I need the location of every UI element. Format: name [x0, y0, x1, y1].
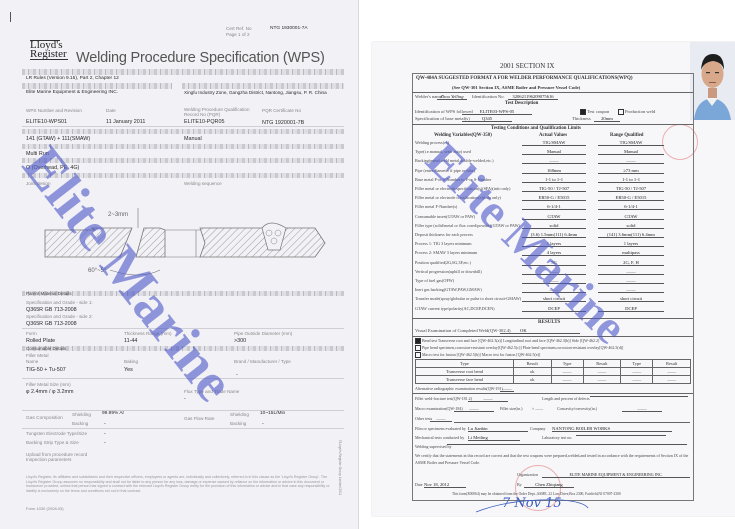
lab-test-label: Laboratory test no. — [542, 435, 572, 440]
rules-value: LR Rules (Version 9.15), Part 2, Chapter… — [26, 76, 119, 81]
certification-statement: We certify that the statements in this r… — [415, 452, 689, 466]
consumable-heading: Consumable Details — [26, 346, 66, 351]
wps-value: ELITE03-WPS-05 — [462, 109, 532, 115]
form-number: Form 1030 (2008.03) — [26, 506, 64, 511]
filler-size-value: φ 2.4mm / φ 3.2mm — [26, 389, 73, 395]
wps-number-value: ELITE10-WPS01 — [26, 119, 67, 125]
filler-size-label: Filler Metal Size (mm) — [26, 382, 71, 387]
variable-label: Vertical progression(uphill or downhill) — [415, 269, 482, 274]
pipe-diameter-label: Pipe Outside Diameter (mm) — [234, 331, 292, 336]
actual-value: 1-1 to 1-1 — [522, 177, 586, 183]
cert-ref-value: NTG 1930001-7A — [270, 26, 308, 31]
tungsten-value: - — [104, 431, 106, 437]
table-cell: —— — [583, 376, 621, 384]
backing-type-label: Backing Strip Type & Size — [26, 440, 79, 445]
col-actual: Actual Values — [539, 133, 567, 138]
range-qualified-value: —— — [598, 269, 664, 275]
test-description-heading: Test Description — [505, 101, 538, 106]
table-cell: ok — [513, 376, 551, 384]
wps-number-label: WPS Number and Revision — [26, 108, 82, 113]
document-title: Welding Procedure Specification (WPS) — [76, 50, 325, 66]
variable-label: Type of fuel gas(OFW) — [415, 278, 454, 283]
section-band — [22, 83, 172, 89]
date-value: 11 January 2011 — [106, 119, 145, 125]
range-qualified-value: —— — [598, 278, 664, 284]
other-tests-value: —— — [430, 416, 452, 422]
divider — [412, 124, 693, 125]
film-evaluated-label: Film or specimens evaluated by — [415, 426, 466, 431]
backing-type-value: - — [104, 440, 106, 446]
range-qualified-value: 2G, F, H — [598, 260, 664, 266]
thickness-label: Thickness — [572, 116, 591, 121]
wpq-document: 2001 SECTION IX QW-484A SUGGESTED FORMAT… — [372, 42, 735, 516]
fillet-size-label: Fillet size(in.) — [500, 406, 522, 411]
welder-photo — [690, 42, 735, 120]
conditions-heading: Testing Conditions and Qualification Lim… — [491, 126, 581, 131]
pqr-value: ELITE10-PQR05 — [184, 119, 224, 125]
lloyds-register-logo: Lloyd's Register — [30, 40, 68, 60]
macro-exam-value: —— — [454, 406, 494, 412]
range-qualified-value: TIG-50 / TJ-507 — [598, 186, 664, 192]
pqr-label: Welding Procedure Qualification Record N… — [184, 107, 254, 117]
bend-results-table: TypeResultTypeResultTypeResultTransverse… — [415, 359, 691, 384]
flow-backing-value: - — [262, 421, 264, 427]
name-value: TIG-50 + Tu-507 — [26, 367, 66, 373]
notes-line-2: Inspection parameters — [26, 457, 71, 462]
fillet-size-value: × —— — [532, 406, 543, 411]
range-qualified-value: ≥73 mm — [598, 168, 664, 174]
scan-mark — [10, 12, 11, 22]
production-weld-checkbox[interactable]: Production weld — [618, 109, 655, 115]
form-subtitle: (See QW-301 Section IX, ASME Boiler and … — [452, 85, 580, 90]
table-row: Transverse root bendok———————— — [416, 368, 691, 376]
col-range: Range Qualified — [610, 133, 643, 138]
table-header-row: TypeResultTypeResultTypeResult — [416, 360, 691, 368]
divider — [412, 92, 693, 93]
table-cell: —— — [551, 376, 583, 384]
backing-gas-value: - — [104, 421, 106, 427]
column-header: Result — [583, 360, 621, 368]
actual-value: —— — [522, 158, 586, 164]
manufacturer-value: Elite Marine Equipment & Engineering INC… — [26, 90, 118, 95]
visual-exam-value: OK — [500, 328, 580, 334]
film-evaluated-value: Lu Jianbin — [468, 426, 528, 432]
by-label: By — [517, 482, 522, 487]
range-qualified-value: TIG/SMAW — [598, 140, 664, 146]
table-cell: —— — [653, 376, 691, 384]
range-qualified-value: solid — [598, 223, 664, 229]
backing-gas-label: Backing — [72, 421, 88, 426]
id-label: Identification No. — [472, 94, 505, 99]
range-qualified-value: multipass — [598, 250, 664, 256]
visual-exam-label: Visual Examination of Completed Weld(QW-… — [415, 328, 511, 333]
actual-value: 168mm — [522, 168, 586, 174]
gas-flow-label: Gas Flow Rate — [184, 416, 214, 421]
mech-tests-label: Mechanical tests conducted by — [415, 435, 464, 440]
divider — [454, 422, 690, 423]
baking-value: Yes — [124, 367, 133, 373]
column-header: Result — [513, 360, 551, 368]
defect-length-label: Length and percent of defects — [542, 396, 590, 401]
lab-test-value — [576, 435, 666, 436]
spec2-value: Q365R GB 713-2008 — [26, 321, 77, 327]
date-value: Nov 18, 2012 — [424, 482, 466, 488]
gas-composition-label: Gas Composition — [26, 416, 63, 421]
divider — [22, 126, 344, 127]
variable-label: Process 2: SMAW 3 layers minimum — [415, 250, 477, 255]
welding-sequence-label: Welding sequence — [184, 181, 222, 186]
bend-test-line-1: Bend test Transverse root and face [QW-4… — [415, 338, 599, 344]
mech-tests-value: Li Meiling — [468, 435, 520, 441]
disclaimer-text: Lloyd's Register, its affiliates and sub… — [26, 475, 338, 493]
table-cell: —— — [653, 368, 691, 376]
fillet-fracture-value: —— — [468, 396, 508, 402]
section-band — [22, 69, 344, 75]
section-heading: 2001 SECTION IX — [500, 62, 554, 70]
table-cell: Transverse face bend — [416, 376, 514, 384]
fillet-fracture-label: Fillet weld-fracture test(QW-181.2) — [415, 396, 472, 401]
divider — [412, 336, 693, 337]
thickness-value: 11-44 — [124, 338, 137, 344]
table-cell: ok — [513, 368, 551, 376]
range-qualified-value: 1-1 to 1-1 — [598, 177, 664, 183]
concavity-value: —— — [622, 406, 662, 412]
form-label: Form — [26, 331, 37, 336]
column-header: Type — [621, 360, 653, 368]
range-qualified-value: GTAW — [598, 214, 664, 220]
name-label: Name — [26, 359, 38, 364]
spec1-value: Q365R GB 713-2008 — [26, 307, 77, 313]
divider — [412, 318, 693, 319]
section-band — [22, 129, 344, 134]
variable-label: Position qualified(2G,6G,3F,etc.) — [415, 260, 471, 265]
base-metal-value: Q345 — [462, 116, 512, 122]
actual-value: Manual — [522, 149, 586, 155]
test-coupon-checkbox[interactable]: Test coupon — [580, 109, 609, 115]
divider — [22, 410, 344, 411]
bend-test-line-3: Macro test for fusion [QW-462.5(b)] Macr… — [415, 352, 540, 358]
thickness-value: 20mm — [594, 116, 620, 122]
date-label: Date — [415, 482, 423, 487]
location-value: Xingfu Industry Zone, Gangzha District, … — [184, 90, 344, 96]
section-band — [182, 83, 344, 89]
date-label: Date — [106, 108, 116, 113]
welder-name-value: Zhou Yelling — [437, 94, 467, 100]
table-cell: —— — [583, 368, 621, 376]
divider — [22, 428, 344, 429]
column-header: Type — [416, 360, 514, 368]
shielding-gas-value: 99.99% Ar — [102, 411, 124, 416]
spec2-label: Specification and Grade - side 2: — [26, 314, 93, 319]
column-header: Type — [551, 360, 583, 368]
side-code: ©Lloyd's Register Group Limited 2011 — [338, 440, 342, 495]
cert-ref-label: Cert Ref. No — [226, 26, 252, 31]
range-qualified-value: 1 layers — [598, 241, 664, 247]
signature-stroke — [472, 494, 592, 516]
flow-shielding-value: 10~15L/Min — [260, 411, 285, 416]
concavity-label: Concavity/convexity(in.) — [557, 406, 597, 411]
range-qualified-value: ER50-G / E5015 — [598, 195, 664, 201]
divider — [412, 393, 693, 394]
organization-label: Organization — [517, 472, 538, 477]
variable-label: Inert gas backing(GTAW,PAW,GMAW) — [415, 287, 482, 292]
form-title: QW-484A SUGGESTED FORMAT A FOR WELDER PE… — [416, 76, 633, 81]
alt-exam-label: Alternative radiographic examination res… — [415, 386, 503, 391]
actual-value: TIG-50 / TJ-507 — [522, 186, 586, 192]
brand-label: Brand / Manufacturer / Type — [234, 359, 291, 364]
table-row: Transverse face bendok———————— — [416, 376, 691, 384]
by-value: Chen Zhiqiang — [524, 482, 574, 488]
spec1-label: Specification and Grade - side 1: — [26, 300, 93, 305]
filler-metal-label: Filler Metal — [26, 353, 48, 358]
variable-label: Deposit thickness for each process — [415, 232, 473, 237]
variable-label: GTAW current type/polarity(AC,DCEP,DCEN) — [415, 306, 495, 311]
form-value: Rolled Plate — [26, 338, 55, 344]
id-value: 320621196209075616 — [508, 94, 558, 100]
range-qualified-value: Manual — [598, 149, 664, 155]
actual-value: ER50-G / E5015 — [522, 195, 586, 201]
table-cell: Transverse root bend — [416, 368, 514, 376]
organization-value: ELITE MARINE EQUIPMENT & ENGINEERING INC… — [542, 472, 690, 478]
type-value: Manual — [184, 136, 202, 142]
alt-exam-value: —— — [500, 386, 514, 392]
flow-backing-label: Backing — [230, 421, 246, 426]
column-header: Result — [653, 360, 691, 368]
wps-document: Cert Ref. No NTG 1930001-7A Page 1 of 2 … — [0, 0, 359, 529]
parent-material-heading: Parent Material Details — [26, 291, 72, 296]
variable-label: Transfer mode(spray/globular or pulse to… — [415, 296, 521, 301]
table-cell: —— — [621, 368, 653, 376]
shielding-gas-label: Shielding — [72, 412, 91, 417]
variable-label: Process 1: TIG 3 layers minimum — [415, 241, 472, 246]
supervised-value — [447, 444, 687, 445]
tungsten-label: Tungsten Electrode Type/Size — [26, 431, 87, 436]
pqr-cert-label: PQR Certificate No — [262, 108, 301, 113]
table-cell: —— — [551, 368, 583, 376]
actual-value: TIG/SMAW — [522, 140, 586, 146]
defect-length-value — [590, 396, 688, 397]
pipe-diameter-value: >300 — [234, 338, 246, 344]
baking-label: Baking — [124, 359, 138, 364]
range-qualified-value: 6-1/4-1 — [598, 204, 664, 210]
flow-shielding-label: Shielding — [230, 412, 249, 417]
table-cell: —— — [621, 376, 653, 384]
results-heading: RESULTS — [538, 320, 560, 325]
range-qualified-value: (141) 3.6mm(111) 6.4mm — [598, 232, 664, 238]
company-label: Company — [530, 426, 546, 431]
page-number: Page 1 of 2 — [226, 32, 250, 37]
col-variables: Welding Variables(QW-350) — [434, 133, 492, 138]
company-value: NANTONG BOILER WORKS — [552, 426, 672, 432]
range-qualified-value: —— — [598, 158, 664, 164]
